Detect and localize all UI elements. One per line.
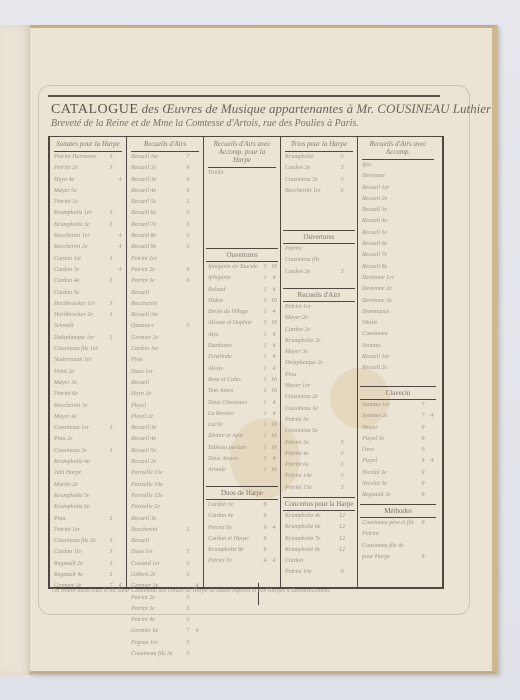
entry-title: Alceste et Daphné — [208, 318, 260, 329]
entry-price: 9 — [260, 523, 270, 534]
entry-price: 3 — [337, 449, 347, 460]
entry-price — [347, 460, 355, 471]
entry-price: 16 — [270, 443, 278, 454]
catalogue-entry: Petrini 14e3 — [281, 471, 357, 482]
entry-price — [428, 307, 436, 318]
catalogue-entry: Krumpholtz 5e — [50, 491, 126, 502]
entry-title: Mayer 4e — [54, 412, 106, 423]
entry-price — [116, 310, 124, 321]
catalogue-entry: Recueil 1er7 — [127, 152, 203, 163]
entry-list: Tirelet — [204, 168, 280, 248]
entry-price — [347, 426, 355, 437]
catalogue-entry: Cousineau — [358, 329, 438, 340]
entry-price: 1 — [260, 465, 270, 476]
entry-price: 9 — [418, 490, 428, 501]
entry-price — [428, 160, 436, 171]
entry-price — [347, 415, 355, 426]
catalogue-entry: Recueil 5e — [127, 446, 203, 457]
entry-price — [428, 541, 436, 552]
entry-title: Devin du Village — [208, 307, 260, 318]
catalogue-entry: Piou3 — [50, 514, 126, 525]
entry-price — [418, 216, 428, 227]
catalogue-entry: Dardanus14 — [204, 341, 280, 352]
entry-price: 16 — [270, 420, 278, 431]
entry-title: Gremier 2e — [131, 333, 183, 344]
entry-price: 6 — [260, 500, 270, 511]
entry-price — [418, 307, 428, 318]
catalogue-entry: Recueil — [127, 288, 203, 299]
catalogue-entry: Mayer9 — [358, 423, 438, 434]
entry-title: Cousineau 5e — [285, 426, 337, 437]
entry-price: 3 — [183, 231, 193, 242]
entry-price — [183, 502, 193, 513]
section-header: Recueils d'Airs — [283, 288, 355, 302]
entry-price: 6 — [260, 534, 270, 545]
entry-list: Sonates 1er7Sonates 2e74Mayer9Pleyel 3e9… — [358, 400, 438, 504]
entry-price: 1 — [260, 296, 270, 307]
entry-price — [428, 171, 436, 182]
entry-price — [428, 250, 436, 261]
entry-price — [418, 262, 428, 273]
entry-price: 3 — [183, 197, 193, 208]
entry-price: 3 — [337, 152, 347, 163]
entry-price — [418, 329, 428, 340]
catalogue-entry: Martin 2e — [50, 480, 126, 491]
entry-price — [428, 529, 436, 540]
title-line-1: CATALOGUE des Œuvres de Musique apparten… — [48, 97, 440, 118]
title-rest: des Œuvres de Musique appartenantes à Mr… — [142, 101, 491, 116]
entry-title: Regnault 3e — [362, 490, 418, 501]
entry-price — [418, 194, 428, 205]
entry-title: Pariselle 13e — [131, 468, 183, 479]
entry-title: Pegran 1er — [131, 638, 183, 649]
entry-price — [116, 480, 124, 491]
catalogue-entry: Recueil 3e — [358, 205, 438, 216]
entry-price — [193, 502, 201, 513]
column-header: Recueils d'Airs — [131, 137, 199, 152]
entry-price — [347, 163, 355, 174]
entry-price — [116, 220, 124, 231]
catalogue-entry: Petrini 1er — [127, 254, 203, 265]
entry-price: 4 — [270, 273, 278, 284]
catalogue-entry: Krumpholtz 7e12 — [281, 534, 357, 545]
entry-price — [106, 355, 116, 366]
catalogue-entry: Mayer 3e — [281, 347, 357, 358]
entry-price: 1 — [260, 386, 270, 397]
entry-price: 3 — [337, 460, 347, 471]
entry-title: Dommance — [362, 307, 418, 318]
entry-price — [193, 333, 201, 344]
catalogue-entry: Recueil 1er — [358, 183, 438, 194]
entry-title: Nicolai 5e — [362, 479, 418, 490]
entry-price — [193, 310, 201, 321]
entry-price — [347, 313, 355, 324]
entry-price: 3 — [183, 638, 193, 649]
entry-price — [116, 446, 124, 457]
entry-title: Mayer — [362, 423, 418, 434]
entry-title: Petrini 6e — [208, 523, 260, 534]
catalogue-entry: Petrini 2e6 — [127, 265, 203, 276]
entry-price: 16 — [270, 431, 278, 442]
entry-title: Pleyel 3e — [362, 434, 418, 445]
entry-price — [183, 457, 193, 468]
entry-price: 4 — [270, 398, 278, 409]
catalogue-entry: Pleyel — [127, 401, 203, 412]
entry-price — [106, 412, 116, 423]
catalogue-entry: Krumpholtz 2e — [281, 336, 357, 347]
catalogue-entry: Cousineau 5e — [281, 426, 357, 437]
entry-title: Petrini 3e — [285, 415, 337, 426]
entry-price: 9 — [418, 423, 428, 434]
entry-price — [116, 197, 124, 208]
catalogue-entry: Tom Jones116 — [204, 386, 280, 397]
entry-title: Boccherini 2e — [54, 242, 106, 253]
catalogue-entry: Ipsi — [358, 160, 438, 171]
entry-price — [116, 547, 124, 558]
entry-price — [418, 529, 428, 540]
catalogue-entry: Petrini 6e — [50, 389, 126, 400]
entry-price — [193, 288, 201, 299]
entry-price — [193, 446, 201, 457]
entry-title: Petrini 2e — [131, 265, 183, 276]
entry-title: Tirelet — [208, 168, 260, 179]
column-recueils-accomp-2: Recueils d'Airs avec Accomp. IpsiDevienn… — [358, 137, 438, 587]
catalogue-entry: Krumpholtz 6e12 — [281, 522, 357, 533]
entry-title: Recueil 2e — [131, 163, 183, 174]
entry-price — [116, 163, 124, 174]
catalogue-entry: Petrini 2e3 — [127, 593, 203, 604]
entry-price: 3 — [183, 525, 193, 536]
entry-price — [116, 457, 124, 468]
entry-price — [347, 370, 355, 381]
entry-title: Iphigénie — [208, 273, 260, 284]
catalogue-entry: Quatuors3 — [127, 321, 203, 332]
column-header: Recueils d'Airs avec Accomp. pour la Har… — [208, 137, 276, 168]
entry-title: Petrini 14e — [285, 471, 337, 482]
catalogue-entry: Recueil 6e3 — [127, 208, 203, 219]
catalogue-entry: Hochbrucker 2e3 — [50, 310, 126, 321]
catalogue-entry: Mayer 1er — [281, 381, 357, 392]
entry-title: Recueil 3e — [131, 514, 183, 525]
catalogue-entry: Cardon 3e4 — [50, 265, 126, 276]
catalogue-entry: Devienne — [358, 171, 438, 182]
catalogue-entry: Recueil 7e — [358, 250, 438, 261]
catalogue-entry: Orco9 — [358, 445, 438, 456]
entry-price — [116, 536, 124, 547]
entry-price — [347, 325, 355, 336]
entry-price — [418, 341, 428, 352]
entry-title: Krumpholtz 5e — [54, 491, 106, 502]
entry-price — [106, 344, 116, 355]
entry-price: 3 — [337, 438, 347, 449]
entry-price — [428, 490, 436, 501]
entry-title: Sonates — [362, 341, 418, 352]
entry-title: Martin 2e — [54, 480, 106, 491]
catalogue-entry: Boccherini 3e — [50, 401, 126, 412]
entry-list: IpsiDevienneRecueil 1erRecueil 2eRecueil… — [358, 160, 438, 386]
entry-title: Recueil — [131, 378, 183, 389]
entry-price — [116, 378, 124, 389]
entry-title: Nadermann 1er — [54, 355, 106, 366]
entry-price — [347, 302, 355, 313]
entry-price — [428, 434, 436, 445]
entry-price: 3 — [106, 423, 116, 434]
catalogue-entry: Sonates — [358, 341, 438, 352]
entry-price — [116, 208, 124, 219]
catalogue-entry: Petrini 6e3 — [281, 460, 357, 471]
entry-price: 1 — [260, 443, 270, 454]
catalogue-entry: Devienne 1er — [358, 273, 438, 284]
entry-title: Petrini — [362, 529, 418, 540]
entry-price — [183, 378, 193, 389]
column-recueils: Recueils d'Airs Recueil 1er7Recueil 2e6R… — [127, 137, 204, 587]
catalogue-entry: Krumpholtz 4e12 — [281, 511, 357, 522]
entry-price — [337, 313, 347, 324]
catalogue-entry: Regnault 2e3 — [50, 559, 126, 570]
entry-title: Recueil 8e — [131, 231, 183, 242]
entry-price: 16 — [270, 386, 278, 397]
entry-price — [116, 344, 124, 355]
entry-price — [337, 325, 347, 336]
entry-price: 1 — [260, 352, 270, 363]
entry-price — [193, 491, 201, 502]
catalogue-entry: Cousineau 3e3 — [50, 446, 126, 457]
section-header: Ouvertures — [283, 230, 355, 244]
entry-price — [193, 593, 201, 604]
entry-price: 16 — [270, 465, 278, 476]
catalogue-entry: Petrini 3e3 — [127, 604, 203, 615]
catalogue-entry: Mayer 2e — [281, 313, 357, 324]
entry-title: Recueil 1er — [362, 352, 418, 363]
entry-title: Orco — [362, 445, 418, 456]
entry-price — [193, 434, 201, 445]
entry-price: 4 — [270, 409, 278, 420]
catalogue-entry: Boccherini 2e4 — [50, 242, 126, 253]
entry-title: Krumpholtz 6e — [54, 502, 106, 513]
entry-price: 7 — [418, 400, 428, 411]
catalogue-entry: Petrini 1e — [50, 197, 126, 208]
entry-price: 3 — [337, 175, 347, 186]
entry-title: Cardon et Harpe — [208, 534, 260, 545]
entry-title: Petrini 1e — [54, 197, 106, 208]
catalogue-entry: Mayer 4e — [50, 412, 126, 423]
catalogue-title: CATALOGUE des Œuvres de Musique apparten… — [48, 95, 440, 139]
entry-title: Petrini 7e — [208, 556, 260, 567]
entry-price: 9 — [337, 567, 347, 578]
entry-price: 16 — [270, 296, 278, 307]
catalogue-entry: Cousineau 1er3 — [50, 423, 126, 434]
entry-price — [193, 276, 201, 287]
entry-title: Petrini 1er — [131, 254, 183, 265]
entry-price: 3 — [106, 570, 116, 581]
entry-title: Didon — [208, 296, 260, 307]
entry-title: Petrini Harmonie — [54, 152, 106, 163]
entry-title: Krumpholtz 6e — [285, 522, 337, 533]
catalogue-entry: Cardon 1er3 — [50, 254, 126, 265]
entry-price: 16 — [270, 375, 278, 386]
catalogue-entry: Petrini 1er — [281, 302, 357, 313]
entry-price: 9 — [418, 445, 428, 456]
entry-title: Recueil 1er — [362, 183, 418, 194]
catalogue-entry: Cousineau 2e3 — [281, 175, 357, 186]
entry-price — [347, 471, 355, 482]
entry-price — [347, 522, 355, 533]
entry-price — [116, 288, 124, 299]
catalogue-entry: Iphigénie en Tauride116 — [204, 262, 280, 273]
entry-price — [337, 556, 347, 567]
entry-title: Duos 1er — [131, 547, 183, 558]
catalogue-entry: Recueil 7e3 — [127, 220, 203, 231]
entry-price: 3 — [183, 242, 193, 253]
entry-price: 3 — [183, 208, 193, 219]
catalogue-entry: Dommance — [358, 307, 438, 318]
catalogue-entry: Boccherini3 — [127, 525, 203, 536]
entry-title: Krumpholtz 8e — [208, 545, 260, 556]
entry-price — [193, 378, 201, 389]
entry-title: Mayer 5e — [54, 186, 106, 197]
entry-title: Cousineau 2e — [285, 175, 337, 186]
entry-title: Recueil 5e — [362, 228, 418, 239]
entry-price: 1 — [260, 398, 270, 409]
entry-title: Recueil 1er — [131, 152, 183, 163]
catalogue-entry: Cardon 5e — [50, 288, 126, 299]
entry-price — [106, 175, 116, 186]
entry-price: 6 — [183, 265, 193, 276]
entry-title: Pariselle 14e — [131, 480, 183, 491]
entry-title: Boccherini — [131, 525, 183, 536]
entry-price — [193, 355, 201, 366]
entry-title: Mayer 3e — [285, 347, 337, 358]
entry-title: Pariselle 2e — [131, 502, 183, 513]
entry-price — [428, 341, 436, 352]
entry-price: 1 — [260, 454, 270, 465]
catalogue-entry: Pleyel 3e9 — [358, 434, 438, 445]
catalogue-entry: Nadermann 1er — [50, 355, 126, 366]
entry-price: 7 — [183, 152, 193, 163]
entry-price: 3 — [106, 547, 116, 558]
entry-title: Piou 2e — [54, 434, 106, 445]
entry-title: Devienne — [362, 171, 418, 182]
entry-price — [418, 205, 428, 216]
catalogue-entry: Recueil 2e — [358, 194, 438, 205]
entry-price: 4 — [270, 341, 278, 352]
entry-title: Boccherini — [131, 299, 183, 310]
catalogue-entry: Lucile116 — [204, 420, 280, 431]
catalogue-entry: Pariselle 15e — [127, 491, 203, 502]
entry-list: Cardon 3e6Cardon 4e6Petrini 6e94Cardon e… — [204, 500, 280, 568]
entry-price — [183, 389, 193, 400]
section-header: Clavecin — [360, 386, 436, 400]
entry-title: Recueil 5e — [131, 446, 183, 457]
entry-price — [116, 299, 124, 310]
entry-price: 6 — [260, 545, 270, 556]
title-caps: CATALOGUE — [51, 102, 138, 117]
entry-price — [428, 183, 436, 194]
catalogue-entry: Tirelet — [204, 168, 280, 179]
entry-price — [270, 168, 278, 179]
entry-price: 1 — [260, 420, 270, 431]
entry-price — [116, 525, 124, 536]
entry-title: Recueil — [131, 288, 183, 299]
entry-price: 3 — [337, 471, 347, 482]
catalogue-entry: Duos 1er3 — [127, 547, 203, 558]
catalogue-table: Sonates pour la Harpe Petrini Harmonie3P… — [48, 136, 444, 589]
entry-price — [418, 296, 428, 307]
entry-title: Recueil 2e — [362, 363, 418, 374]
entry-title: Nicolai 3e — [362, 468, 418, 479]
catalogue-entry: Pleyel44 — [358, 456, 438, 467]
entry-list: Iphigénie en Tauride116Iphigénie14Roland… — [204, 262, 280, 486]
entry-price: 3 — [106, 333, 116, 344]
entry-price — [193, 412, 201, 423]
catalogue-entry: Gremier 6e74 — [127, 626, 203, 637]
entry-title: Cousineau fils 2e — [54, 536, 106, 547]
entry-price — [106, 197, 116, 208]
entry-price — [116, 254, 124, 265]
entry-price — [347, 438, 355, 449]
entry-list: Krumpholtz3Cardon 3e3Cousineau 2e3Bocche… — [281, 152, 357, 230]
entry-price — [337, 370, 347, 381]
entry-price: 3 — [106, 208, 116, 219]
entry-price — [116, 412, 124, 423]
entry-price: 3 — [183, 615, 193, 626]
catalogue-entry: Duos 1er — [127, 367, 203, 378]
entry-price — [337, 302, 347, 313]
entry-title: Cardon 3e — [285, 163, 337, 174]
entry-price: 4 — [428, 411, 436, 422]
entry-price — [418, 183, 428, 194]
entry-price — [106, 265, 116, 276]
entry-price — [347, 186, 355, 197]
entry-price: 3 — [106, 310, 116, 321]
entry-price: 4 — [428, 456, 436, 467]
catalogue-entry: Iphigénie14 — [204, 273, 280, 284]
catalogue-entry: Didon116 — [204, 296, 280, 307]
catalogue-entry: Petrini — [281, 244, 357, 255]
catalogue-entry: Krumpholtz 8e12 — [281, 545, 357, 556]
entry-title: Petrini 6e — [285, 460, 337, 471]
entry-list: Petrini Harmonie3Petrini 2e3Hayn 4e4Maye… — [50, 152, 126, 593]
entry-title: Regnault 2e — [54, 559, 106, 570]
entry-title: Sonates 1er — [362, 400, 418, 411]
entry-price — [193, 468, 201, 479]
entry-price — [106, 401, 116, 412]
catalogue-entry: Viotti 2e — [50, 367, 126, 378]
entry-price — [337, 426, 347, 437]
entry-price — [418, 239, 428, 250]
entry-title: Petrini 4e — [285, 449, 337, 460]
catalogue-entry: Petrini 10e9 — [281, 567, 357, 578]
entry-price — [193, 254, 201, 265]
catalogue-entry: Roland14 — [204, 285, 280, 296]
entry-title: Petrini 10e — [285, 567, 337, 578]
entry-title: Hochbrucker 1er — [54, 299, 106, 310]
entry-title: Recueil 6e — [131, 208, 183, 219]
entry-price: 7 — [183, 626, 193, 637]
entry-price — [183, 412, 193, 423]
entry-price — [428, 284, 436, 295]
catalogue-entry: Cossard 1er3 — [127, 559, 203, 570]
entry-price: 4 — [260, 556, 270, 567]
entry-title: Cardon 2e — [285, 325, 337, 336]
entry-price — [270, 511, 278, 522]
entry-title: Tom Jones — [208, 386, 260, 397]
entry-price — [183, 299, 193, 310]
catalogue-entry: Pegran 1er3 — [127, 638, 203, 649]
catalogue-entry: Krumpholtz3 — [281, 152, 357, 163]
entry-price: 1 — [260, 262, 270, 273]
entry-title: Cardon 5e — [54, 288, 106, 299]
